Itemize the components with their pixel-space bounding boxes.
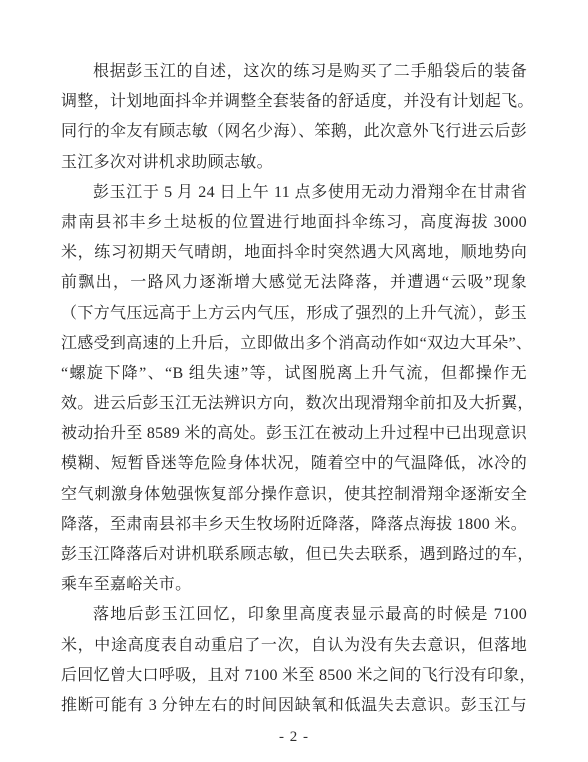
document-body: 根据彭玉江的自述，这次的练习是购买了二手船袋后的装备调整，计划地面抖伞并调整全套…: [61, 57, 527, 721]
text-line: 后回忆曾大口呼吸，且对 7100 米至 8500 米之间的飞行没有印象，: [61, 661, 527, 691]
text-line: 彭玉江降落后对讲机联系顾志敏，但已失去联系，遇到路过的车，: [61, 540, 527, 570]
text-line: 乘车至嘉峪关市。: [61, 570, 527, 600]
text-line: 模糊、短暂昏迷等危险身体状况，随着空中的气温降低，冰冷的: [61, 449, 527, 479]
text-line: （下方气压远高于上方云内气压，形成了强烈的上升气流），彭玉: [61, 299, 527, 329]
text-line: 降落，至肃南县祁丰乡天生牧场附近降落，降落点海拔 1800 米。: [61, 510, 527, 540]
text-line: “螺旋下降”、“B 组失速”等，试图脱离上升气流，但都操作无: [61, 359, 527, 389]
text-line: 被动抬升至 8589 米的高处。彭玉江在被动上升过程中已出现意识: [61, 419, 527, 449]
text-line: 空气刺激身体勉强恢复部分操作意识，使其控制滑翔伞逐渐安全: [61, 480, 527, 510]
text-line: 调整，计划地面抖伞并调整全套装备的舒适度，并没有计划起飞。: [61, 87, 527, 117]
text-line: 落地后彭玉江回忆，印象里高度表显示最高的时候是 7100: [61, 600, 527, 630]
text-line: 根据彭玉江的自述，这次的练习是购买了二手船袋后的装备: [61, 57, 527, 87]
text-line: 米，中途高度表自动重启了一次，自认为没有失去意识，但落地: [61, 631, 527, 661]
text-line: 玉江多次对讲机求助顾志敏。: [61, 148, 527, 178]
text-line: 肃南县祁丰乡土垯板的位置进行地面抖伞练习，高度海拔 3000: [61, 208, 527, 238]
text-line: 米，练习初期天气晴朗，地面抖伞时突然遇大风离地，顺地势向: [61, 238, 527, 268]
text-line: 同行的伞友有顾志敏（网名少海）、笨鹅，此次意外飞行进云后彭: [61, 117, 527, 147]
document-page: 根据彭玉江的自述，这次的练习是购买了二手船袋后的装备调整，计划地面抖伞并调整全套…: [0, 0, 588, 762]
text-line: 江感受到高速的上升后，立即做出多个消高动作如“双边大耳朵”、: [61, 329, 527, 359]
text-line: 前飘出，一路风力逐渐增大感觉无法降落，并遭遇“云吸”现象: [61, 268, 527, 298]
page-number: - 2 -: [0, 726, 588, 748]
text-line: 效。进云后彭玉江无法辨识方向，数次出现滑翔伞前扣及大折翼，: [61, 389, 527, 419]
text-line: 彭玉江于 5 月 24 日上午 11 点多使用无动力滑翔伞在甘肃省: [61, 178, 527, 208]
text-line: 推断可能有 3 分钟左右的时间因缺氧和低温失去意识。彭玉江与: [61, 691, 527, 721]
